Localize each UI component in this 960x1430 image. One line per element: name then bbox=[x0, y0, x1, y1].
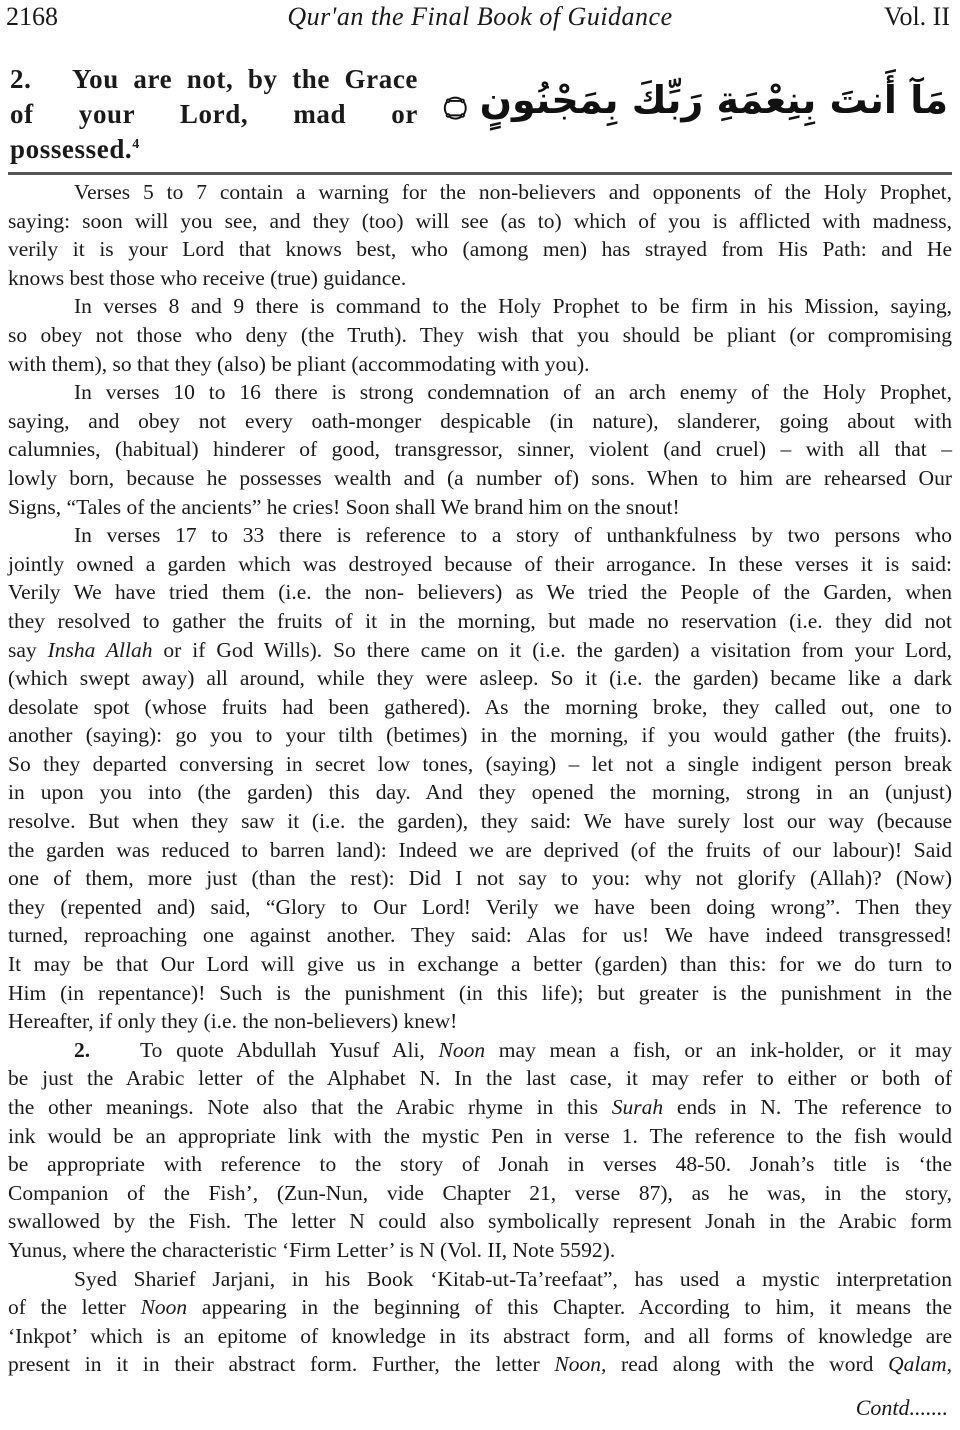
verse-line: possessed.4 bbox=[10, 132, 418, 167]
text-line: be just the Arabic letter of the Alphabe… bbox=[8, 1064, 952, 1093]
verse-line: of your Lord, mad or bbox=[10, 97, 418, 132]
text-line: present in it in their abstract form. Fu… bbox=[8, 1350, 952, 1379]
text-line: (which swept away) all around, while the… bbox=[8, 664, 952, 693]
italic-term: Noon, bbox=[554, 1352, 606, 1376]
text-line: the other meanings. Note also that the A… bbox=[8, 1093, 952, 1122]
arabic-verse-text: مَآ أَنتَ بِنِعْمَةِ رَبِّكَ بِمَجْنُونٍ… bbox=[444, 78, 948, 122]
text-line: So they departed conversing in secret lo… bbox=[8, 750, 952, 779]
text-line: Syed Sharief Jarjani, in his Book ‘Kitab… bbox=[8, 1265, 952, 1294]
text-line: one of them, more just (than the rest): … bbox=[8, 864, 952, 893]
text-line: ‘Inkpot’ which is an epitome of knowledg… bbox=[8, 1322, 952, 1351]
text-line: they resolved to gather the fruits of it… bbox=[8, 607, 952, 636]
text-line: of the letter Noon appearing in the begi… bbox=[8, 1293, 952, 1322]
text-line: jointly owned a garden which was destroy… bbox=[8, 550, 952, 579]
text-line: It may be that Our Lord will give us in … bbox=[8, 950, 952, 979]
text-line: resolve. But when they saw it (i.e. the … bbox=[8, 807, 952, 836]
text-line: turned, reproaching one against another.… bbox=[8, 921, 952, 950]
italic-term: Qalam, bbox=[888, 1352, 952, 1376]
text-line: Companion of the Fish’, (Zun-Nun, vide C… bbox=[8, 1179, 952, 1208]
note-number: 2. bbox=[74, 1036, 140, 1065]
italic-term: Noon bbox=[141, 1295, 188, 1319]
text-line: verily it is your Lord that knows best, … bbox=[8, 235, 952, 264]
text-line: Signs, “Tales of the ancients” he cries!… bbox=[8, 493, 952, 522]
text-line: they (repented and) said, “Glory to Our … bbox=[8, 893, 952, 922]
text-line: another (saying): go you to your tilth (… bbox=[8, 721, 952, 750]
text-line: In verses 8 and 9 there is command to th… bbox=[8, 292, 952, 321]
italic-term: Noon bbox=[439, 1038, 486, 1062]
italic-term: Insha Allah bbox=[48, 638, 153, 662]
text-line: saying, and obey not every oath-monger d… bbox=[8, 407, 952, 436]
commentary-text: Verses 5 to 7 contain a warning for the … bbox=[8, 178, 952, 1379]
text-line: saying: soon will you see, and they (too… bbox=[8, 207, 952, 236]
text-line: lowly born, because he possesses wealth … bbox=[8, 464, 952, 493]
text-line: knows best those who receive (true) guid… bbox=[8, 264, 952, 293]
text-line: Him (in repentance)! Such is the punishm… bbox=[8, 979, 952, 1008]
text-line: In verses 10 to 16 there is strong conde… bbox=[8, 378, 952, 407]
text-line: Verses 5 to 7 contain a warning for the … bbox=[8, 178, 952, 207]
running-header: 2168 Qur'an the Final Book of Guidance V… bbox=[0, 0, 960, 40]
verse-block: 2.You are not, by the Grace of your Lord… bbox=[0, 60, 960, 172]
text-line: In verses 17 to 33 there is reference to… bbox=[8, 521, 952, 550]
text-line: in upon you into (the garden) this day. … bbox=[8, 778, 952, 807]
book-title: Qur'an the Final Book of Guidance bbox=[0, 2, 960, 32]
verse-translation: 2.You are not, by the Grace of your Lord… bbox=[10, 62, 418, 167]
text-line: so obey not those who deny (the Truth). … bbox=[8, 321, 952, 350]
text-line: calumnies, (habitual) hinderer of good, … bbox=[8, 435, 952, 464]
section-divider bbox=[8, 172, 952, 175]
text-line: Yunus, where the characteristic ‘Firm Le… bbox=[8, 1236, 952, 1265]
verse-number: 2. bbox=[10, 62, 72, 97]
text-line: desolate spot (whose fruits had been gat… bbox=[8, 693, 952, 722]
italic-term: Surah bbox=[612, 1095, 663, 1119]
text-line: be appropriate with reference to the sto… bbox=[8, 1150, 952, 1179]
text-line: the garden was reduced to barren land): … bbox=[8, 836, 952, 865]
text-line: swallowed by the Fish. The letter N coul… bbox=[8, 1207, 952, 1236]
text-line: say Insha Allah or if God Wills). So the… bbox=[8, 636, 952, 665]
verse-line: 2.You are not, by the Grace bbox=[10, 62, 418, 97]
text-line: ink would be an appropriate link with th… bbox=[8, 1122, 952, 1151]
footnote-reference[interactable]: 4 bbox=[132, 137, 140, 152]
text-line: Hereafter, if only they (i.e. the non-be… bbox=[8, 1007, 952, 1036]
text-line: 2.To quote Abdullah Yusuf Ali, Noon may … bbox=[8, 1036, 952, 1065]
text-line: with them), so that they (also) be plian… bbox=[8, 350, 952, 379]
volume-label: Vol. II bbox=[884, 2, 950, 32]
text-line: Verily We have tried them (i.e. the non-… bbox=[8, 578, 952, 607]
continued-marker: Contd....... bbox=[856, 1395, 948, 1421]
